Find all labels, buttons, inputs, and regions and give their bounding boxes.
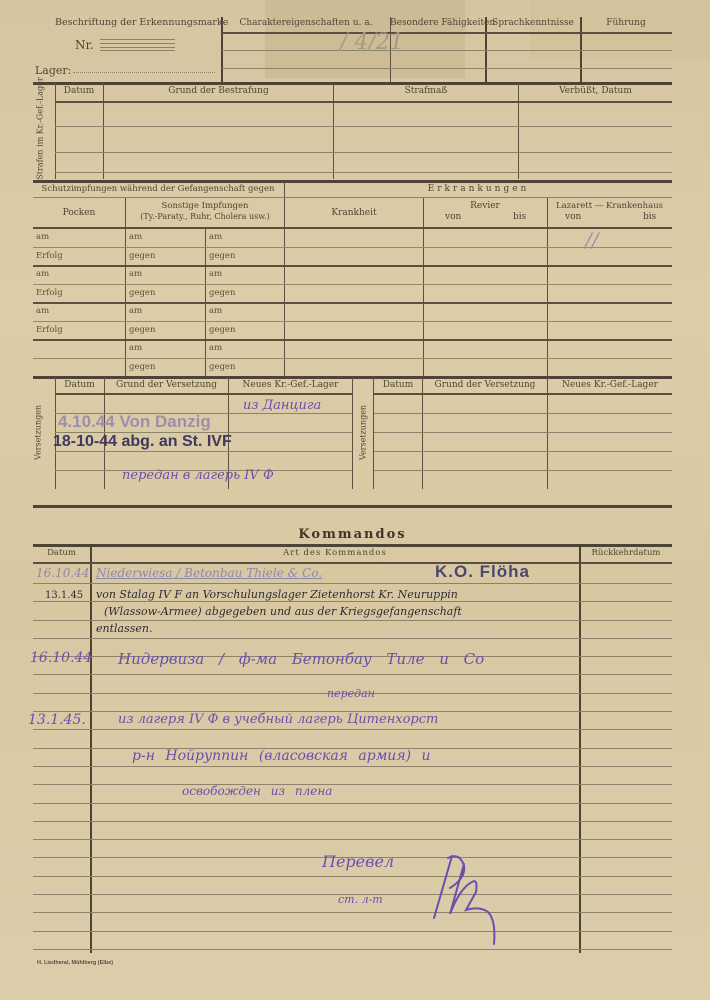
divider	[518, 83, 519, 179]
sonstige-cell-b: gegen	[209, 288, 235, 298]
col-strafmass: Strafmaß	[334, 86, 518, 96]
sonstige-cell-a: am	[129, 306, 142, 316]
col-sonstige: Sonstige Impfungen	[126, 201, 284, 211]
v-col-lager-2: Neues Kr.-Gef.-Lager	[548, 380, 672, 390]
lazarett-bis: bis	[643, 212, 656, 222]
translation-text-3: из лагеря IV Ф в учебный лагерь Цитенхор…	[118, 712, 438, 727]
sonstige-cell-b: am	[209, 306, 222, 316]
col-pocken: Pocken	[33, 208, 125, 218]
kommandos-title: Kommandos	[33, 527, 672, 542]
transfer-stamp-1: 4.10.44 Von Danzig	[58, 412, 211, 432]
row-line	[55, 101, 672, 103]
versetzungen-side-label: Versetzungen	[34, 403, 43, 463]
pocken-cell: am	[36, 269, 49, 279]
signature-scrawl	[420, 848, 510, 948]
revier-bis: bis	[513, 212, 526, 222]
versetzungen-side-label-2: Versetzungen	[359, 403, 368, 463]
erkrankungen-title: Erkrankungen	[285, 184, 672, 194]
signature-rank: ст. л-т	[338, 893, 383, 906]
nr-line	[100, 50, 175, 51]
ruled-line	[33, 638, 672, 639]
ruled-line	[33, 876, 672, 877]
strafen-side-label: Strafen im Kr.-Gef.-Lager	[36, 74, 45, 184]
row-line	[374, 432, 672, 433]
col-krankheit: Krankheit	[285, 208, 423, 218]
divider	[547, 198, 548, 376]
v-col-grund-2: Grund der Versetzung	[423, 380, 547, 390]
row-line	[374, 413, 672, 414]
sonstige-cell-a: gegen	[129, 251, 155, 261]
sonstige-cell-a: gegen	[129, 362, 155, 372]
row-line	[33, 265, 672, 267]
divider	[55, 83, 56, 179]
section-rule	[33, 82, 672, 85]
pocken-cell: Erfolg	[36, 325, 63, 335]
pencil-marks: / 4/21	[340, 30, 404, 55]
ruled-line	[33, 583, 672, 584]
row-line	[33, 197, 672, 198]
tape-strip-right	[530, 0, 710, 60]
sonstige-cell-b: gegen	[209, 362, 235, 372]
entry-date-1: 16.10.44	[36, 566, 89, 580]
col-grund: Grund der Bestrafung	[104, 86, 333, 96]
ruled-line	[33, 601, 672, 602]
v-col-grund: Grund der Versetzung	[105, 380, 228, 390]
translation-date-1: 16.10.44	[30, 650, 92, 666]
divider	[125, 198, 126, 376]
row-line	[33, 284, 672, 285]
lager-line	[73, 72, 215, 73]
ruled-line	[33, 674, 672, 675]
col-sonstige-sub: (Ty.-Paraty., Ruhr, Cholera usw.)	[126, 212, 284, 221]
sonstige-cell-b: am	[209, 232, 222, 242]
col-fuehrung: Führung	[581, 18, 671, 28]
lazarett-pencil: //	[585, 228, 598, 252]
sonstige-cell-b: am	[209, 343, 222, 353]
sonstige-cell-b: am	[209, 269, 222, 279]
row-line	[33, 321, 672, 322]
row-line	[55, 126, 672, 127]
row-line	[374, 393, 672, 395]
row-line	[55, 393, 352, 395]
kommando-stamp: K.O. Flöha	[435, 562, 530, 582]
entry-text-4: entlassen.	[96, 622, 152, 635]
ruled-line	[33, 729, 672, 730]
ruled-line	[33, 766, 672, 767]
col-faehigkeiten: Besondere Fähigkeiten	[390, 18, 485, 28]
pocken-cell: Erfolg	[36, 288, 63, 298]
revier-von: von	[445, 212, 461, 222]
sonstige-cell-b: gegen	[209, 325, 235, 335]
ruled-line	[33, 949, 672, 950]
entry-text-2: von Stalag IV F an Vorschulungslager Zie…	[96, 588, 458, 601]
col-charakter: Charaktereigenschaften u. a.	[222, 18, 390, 28]
row-line	[374, 470, 672, 471]
header-line	[222, 32, 672, 34]
divider	[423, 198, 424, 376]
translation-date-3: 13.1.45.	[28, 712, 86, 728]
sonstige-cell-a: am	[129, 269, 142, 279]
section-rule	[33, 544, 672, 547]
ruled-line	[33, 912, 672, 913]
col-verbuesst: Verbüßt, Datum	[519, 86, 672, 96]
sonstige-cell-a: am	[129, 232, 142, 242]
divider	[579, 545, 581, 953]
divider	[90, 545, 92, 953]
impfungen-title: Schutzimpfungen während der Gefangenscha…	[33, 184, 283, 194]
nr-line	[100, 43, 175, 44]
divider	[103, 83, 104, 179]
row-line	[33, 339, 672, 341]
translation-text-2: передан	[327, 687, 375, 700]
nr-label: Nr.	[75, 38, 94, 52]
row-line	[55, 451, 352, 452]
header-line	[222, 50, 672, 51]
erkennungsmarke-label: Beschriftung der Erkennungsmarke	[55, 17, 228, 28]
pow-record-card-back: Beschriftung der Erkennungsmarke Nr. Lag…	[0, 0, 710, 1000]
row-line	[33, 227, 672, 229]
signature-label: Перевел	[322, 852, 394, 871]
pocken-cell: am	[36, 306, 49, 316]
row-line	[33, 358, 672, 359]
transfer-note-ru-1: из Данцига	[243, 398, 321, 413]
header-line	[222, 68, 672, 69]
col-lazarett: Lazarett — Krankenhaus	[547, 201, 672, 211]
nr-line	[100, 39, 175, 40]
translation-text-5: освобожден из плена	[182, 784, 332, 798]
row-line	[33, 247, 672, 248]
ruled-line	[33, 620, 672, 621]
sonstige-cell-b: gegen	[209, 251, 235, 261]
ruled-line	[33, 784, 672, 785]
col-revier: Revier	[424, 201, 546, 211]
row-line	[374, 451, 672, 452]
row-line	[55, 152, 672, 153]
nr-line	[100, 47, 175, 48]
row-line	[55, 172, 672, 173]
transfer-note-ru-2: передан в лагерь IV Ф	[122, 468, 274, 483]
row-line	[33, 562, 672, 564]
ruled-line	[33, 931, 672, 932]
v-col-datum: Datum	[55, 380, 104, 390]
entry-text-3: (Wlassow-Armee) abgegeben und aus der Kr…	[104, 605, 462, 618]
col-sprachen: Sprachkenntnisse	[486, 18, 580, 28]
k-col-art: Art des Kommandos	[91, 548, 579, 558]
sonstige-cell-a: gegen	[129, 325, 155, 335]
pocken-cell: Erfolg	[36, 251, 63, 261]
sonstige-cell-a: am	[129, 343, 142, 353]
row-line	[33, 302, 672, 304]
divider	[352, 377, 353, 489]
v-col-lager: Neues Kr.-Gef.-Lager	[229, 380, 352, 390]
k-col-rueckkehr: Rückkehrdatum	[580, 548, 672, 558]
lazarett-von: von	[565, 212, 581, 222]
section-rule	[33, 180, 672, 183]
ruled-line	[33, 803, 672, 804]
col-datum: Datum	[55, 86, 103, 96]
ruled-line	[33, 821, 672, 822]
ruled-line	[33, 839, 672, 840]
translation-text-1: Нидервиза / ф-ма Бетонбау Тиле и Со	[118, 650, 484, 668]
entry-text-1: Niederwiesa / Betonbau Thiele & Co.	[96, 566, 322, 580]
sonstige-cell-a: gegen	[129, 288, 155, 298]
translation-text-4: р-н Нойруппин (власовская армия) и	[132, 748, 431, 764]
entry-date-2: 13.1.45	[45, 590, 83, 601]
k-col-datum: Datum	[33, 548, 90, 558]
pocken-cell: am	[36, 232, 49, 242]
transfer-stamp-2: 18-10-44 abg. an St. IVF	[53, 433, 232, 451]
divider	[333, 83, 334, 179]
printer-imprint: H. Liedheral, Mühlberg (Elbe)	[37, 960, 113, 966]
section-rule	[33, 505, 672, 508]
v-col-datum-2: Datum	[374, 380, 422, 390]
